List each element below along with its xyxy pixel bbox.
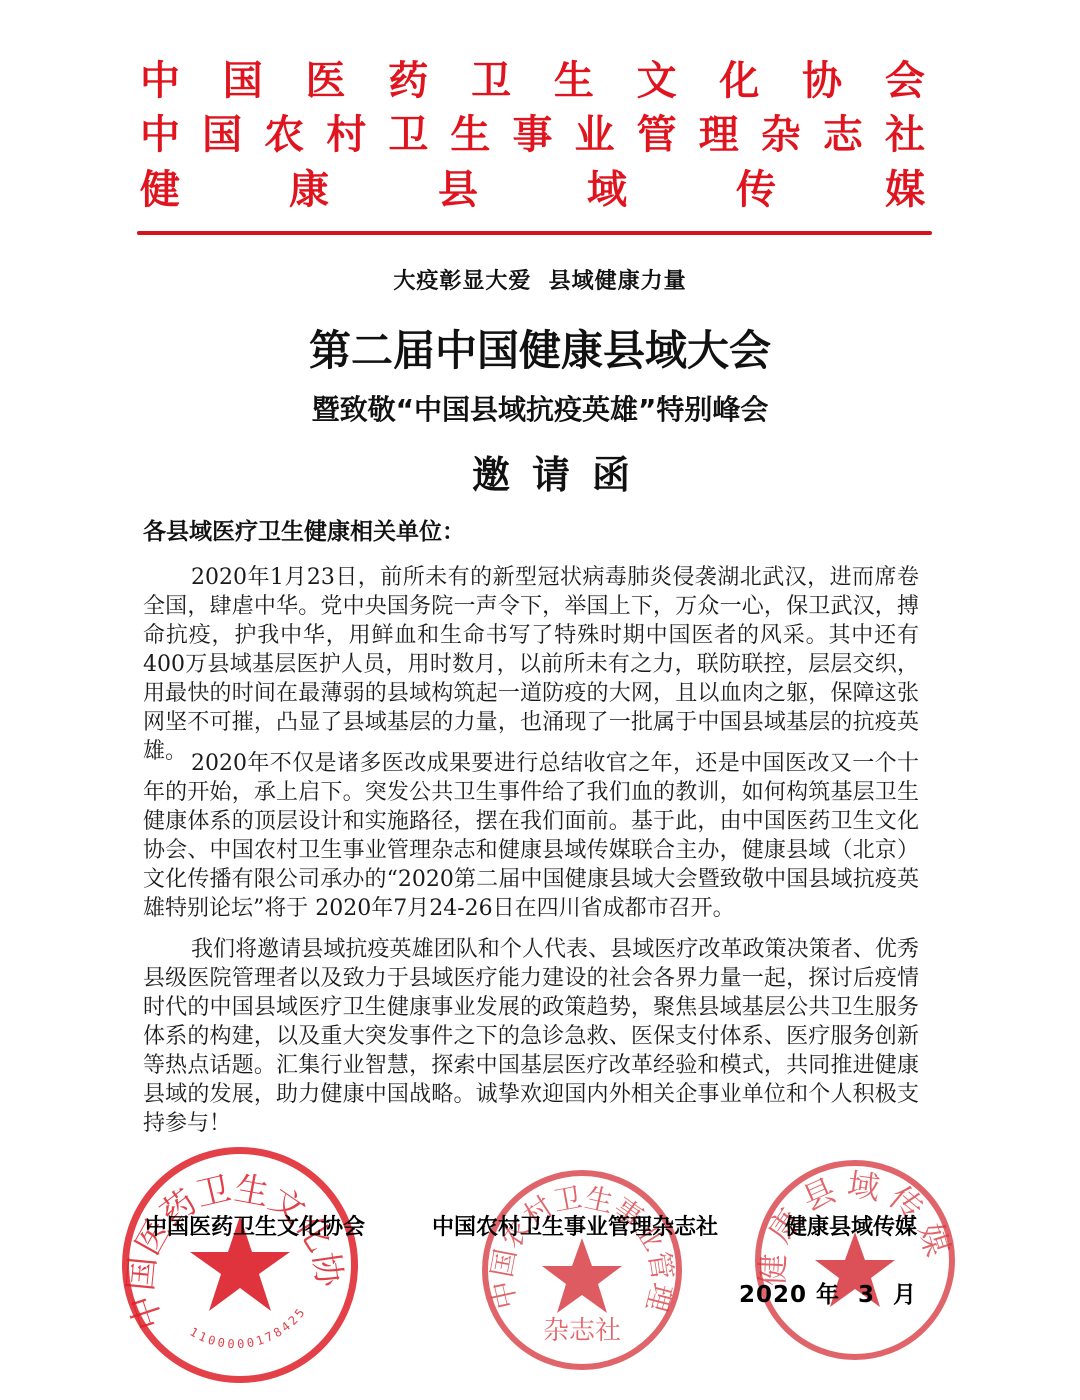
page-subtitle: 暨致敬“中国县域抗疫英雄”特别峰会 [0,388,1080,428]
letterhead-char: 村 [326,110,366,160]
letterhead-line-2: 中 国 农 村 卫 生 事 业 管 理 杂 志 社 [140,110,925,160]
letterhead-char: 文 [637,56,677,106]
letterhead-char: 中 [140,56,180,106]
letterhead-char: 农 [264,110,304,160]
page-title: 第二届中国健康县域大会 [0,318,1080,378]
letterhead-char: 县 [438,165,478,215]
letterhead-char: 康 [289,165,329,215]
letterhead-char: 协 [802,56,842,106]
signature-org-1: 中国医药卫生文化协会 [145,1210,365,1241]
stamp-seal-graphic: 中国农村卫生事业管理 杂志社 [488,1176,676,1364]
letterhead-char: 社 [885,110,925,160]
letterhead-char: 域 [587,165,627,215]
letterhead-line-1: 中 国 医 药 卫 生 文 化 协 会 [140,56,925,106]
letterhead-line-3: 健 康 县 域 传 媒 [140,165,925,215]
letterhead-char: 杂 [761,110,801,160]
signature-org-2: 中国农村卫生事业管理杂志社 [432,1210,718,1241]
letterhead-divider [137,231,932,235]
issue-date: 2020 年 3 月 [739,1276,917,1309]
paragraph-2: 2020年不仅是诸多医改成果要进行总结收官之年，还是中国医改又一个十年的开始，承… [143,749,919,923]
letterhead-char: 事 [512,110,552,160]
letterhead-char: 药 [388,56,428,106]
letterhead-char: 志 [823,110,863,160]
letterhead-char: 传 [736,165,776,215]
signature-line: 中国医药卫生文化协会 中国农村卫生事业管理杂志社 健康县域传媒 [145,1210,917,1241]
letterhead-char: 理 [699,110,739,160]
svg-text:1100000178425: 1100000178425 [187,1304,309,1352]
letterhead-char: 健 [140,165,180,215]
star-icon [542,1238,622,1313]
letterhead-char: 卫 [388,110,428,160]
document-type: 邀请函 [0,444,1080,499]
letterhead-char: 生 [450,110,490,160]
stamp-rural-health-magazine: 中国农村卫生事业管理 杂志社 [482,1170,682,1370]
signature-org-3: 健康县域传媒 [785,1210,917,1241]
letterhead-char: 国 [223,56,263,106]
paragraph-1: 2020年1月23日，前所未有的新型冠状病毒肺炎侵袭湖北武汉，进而席卷全国，肆虐… [143,563,919,766]
letterhead-char: 媒 [885,165,925,215]
letterhead-char: 业 [575,110,615,160]
paragraph-3: 我们将邀请县域抗疫英雄团队和个人代表、县域医疗改革政策决策者、优秀县级医院管理者… [143,935,919,1138]
stamp-bottom-text: 杂志社 [543,1316,621,1346]
letterhead-char: 卫 [471,56,511,106]
tagline: 大疫彰显大爱 县域健康力量 [0,264,1080,295]
stamp-number: 1100000178425 [187,1304,309,1352]
letterhead-char: 会 [885,56,925,106]
letterhead-char: 生 [554,56,594,106]
stamp-seal-graphic: 中国医药卫生文化协会 1100000178425 [129,1154,351,1376]
letterhead-char: 国 [202,110,242,160]
letterhead-char: 医 [306,56,346,106]
stamp-medical-culture-association: 中国医药卫生文化协会 1100000178425 [122,1147,358,1383]
stamp-seal-graphic: 健康县域传媒 [761,1166,949,1354]
invitation-letter: 中 国 医 药 卫 生 文 化 协 会 中 国 农 村 卫 生 事 业 管 理 … [0,0,1080,1400]
letterhead-char: 管 [637,110,677,160]
letterhead-char: 中 [140,110,180,160]
stamp-health-county-media: 健康县域传媒 [755,1160,955,1360]
salutation: 各县域医疗卫生健康相关单位： [143,513,465,546]
letterhead-char: 化 [719,56,759,106]
